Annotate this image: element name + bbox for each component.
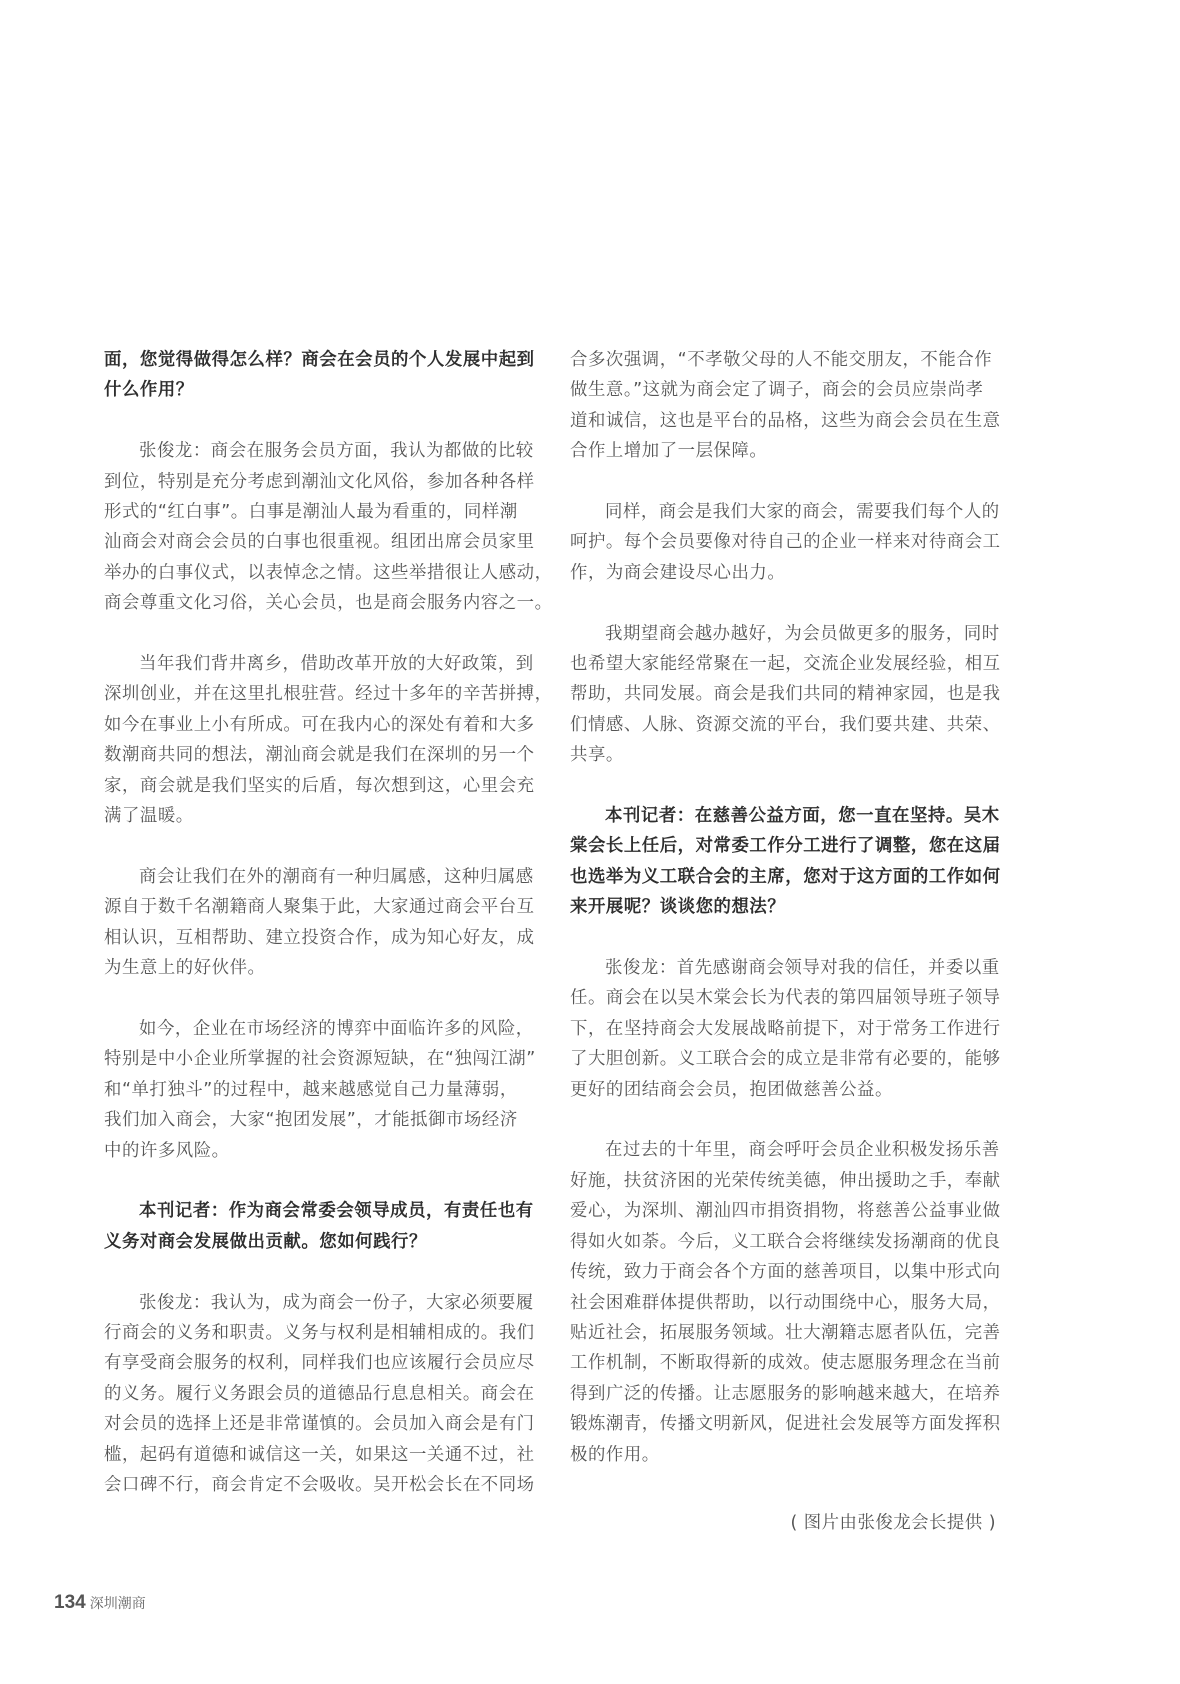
text-line: 工作机制，不断取得新的成效。使志愿服务理念在当前 (570, 1348, 996, 1378)
page-number: 134 (54, 1592, 86, 1614)
text-line: 如今在事业上小有所成。可在我内心的深处有着和大多 (104, 710, 530, 740)
text-line: 商会尊重文化习俗，关心会员，也是商会服务内容之一。 (104, 588, 530, 618)
text-line: 张俊龙：首先感谢商会领导对我的信任，并委以重 (570, 953, 996, 983)
text-line: 中的许多风险。 (104, 1136, 530, 1166)
text-line: 来开展呢？谈谈您的想法？ (570, 892, 996, 922)
text-line: 源自于数千名潮籍商人聚集于此，大家通过商会平台互 (104, 892, 530, 922)
left-column: 面，您觉得做得怎么样？商会在会员的个人发展中起到什么作用？张俊龙：商会在服务会员… (104, 345, 530, 1531)
text-line: 传统，致力于商会各个方面的慈善项目，以集中形式向 (570, 1257, 996, 1287)
text-line: 了大胆创新。义工联合会的成立是非常有必要的，能够 (570, 1044, 996, 1074)
text-line: 本刊记者：作为商会常委会领导成员，有责任也有 (104, 1196, 530, 1226)
text-line: 面，您觉得做得怎么样？商会在会员的个人发展中起到 (104, 345, 530, 375)
text-line: 任。商会在以吴木棠会长为代表的第四届领导班子领导 (570, 983, 996, 1013)
interview-answer: 商会让我们在外的潮商有一种归属感，这种归属感源自于数千名潮籍商人聚集于此，大家通… (104, 862, 530, 984)
interview-answer: 同样，商会是我们大家的商会，需要我们每个人的呵护。每个会员要像对待自己的企业一样… (570, 497, 996, 588)
interview-answer: 张俊龙：首先感谢商会领导对我的信任，并委以重任。商会在以吴木棠会长为代表的第四届… (570, 953, 996, 1105)
text-line: 合作上增加了一层保障。 (570, 436, 996, 466)
interview-answer: 当年我们背井离乡，借助改革开放的大好政策，到深圳创业，并在这里扎根驻营。经过十多… (104, 649, 530, 831)
text-line: 作，为商会建设尽心出力。 (570, 558, 996, 588)
text-line: 有享受商会服务的权利，同样我们也应该履行会员应尽 (104, 1348, 530, 1378)
text-line: 和“单打独斗”的过程中，越来越感觉自己力量薄弱， (104, 1075, 530, 1105)
text-line: 为生意上的好伙伴。 (104, 953, 530, 983)
text-line: 什么作用？ (104, 375, 530, 405)
text-line: 也选举为义工联合会的主席，您对于这方面的工作如何 (570, 862, 996, 892)
text-line: 锻炼潮青，传播文明新风，促进社会发展等方面发挥积 (570, 1409, 996, 1439)
text-line: 深圳创业，并在这里扎根驻营。经过十多年的辛苦拼搏， (104, 679, 530, 709)
text-line: 贴近社会，拓展服务领域。壮大潮籍志愿者队伍，完善 (570, 1318, 996, 1348)
text-line: 下，在坚持商会大发展战略前提下，对于常务工作进行 (570, 1014, 996, 1044)
text-line: 家，商会就是我们坚实的后盾，每次想到这，心里会充 (104, 771, 530, 801)
text-line: 如今，企业在市场经济的博弈中面临许多的风险， (104, 1014, 530, 1044)
text-line: 举办的白事仪式，以表悼念之情。这些举措很让人感动， (104, 558, 530, 588)
text-line: 张俊龙：商会在服务会员方面，我认为都做的比较 (104, 436, 530, 466)
text-line: 做生意。”这就为商会定了调子，商会的会员应崇尚孝 (570, 375, 996, 405)
text-line: 社会困难群体提供帮助，以行动围绕中心，服务大局， (570, 1288, 996, 1318)
text-line: 本刊记者：在慈善公益方面，您一直在坚持。吴木 (570, 801, 996, 831)
interview-question: 本刊记者：在慈善公益方面，您一直在坚持。吴木棠会长上任后，对常委工作分工进行了调… (570, 801, 996, 923)
text-line: 我期望商会越办越好，为会员做更多的服务，同时 (570, 619, 996, 649)
text-line: 得到广泛的传播。让志愿服务的影响越来越大，在培养 (570, 1379, 996, 1409)
text-line: 行商会的义务和职责。义务与权利是相辅相成的。我们 (104, 1318, 530, 1348)
text-line: 棠会长上任后，对常委工作分工进行了调整，您在这届 (570, 831, 996, 861)
text-line: 好施，扶贫济困的光荣传统美德，伸出援助之手，奉献 (570, 1166, 996, 1196)
photo-credit: ( 图片由张俊龙会长提供 ) (570, 1508, 996, 1538)
interview-answer: 在过去的十年里，商会呼吁会员企业积极发扬乐善好施，扶贫济困的光荣传统美德，伸出援… (570, 1135, 996, 1469)
interview-answer: 合多次强调，“不孝敬父母的人不能交朋友，不能合作做生意。”这就为商会定了调子，商… (570, 345, 996, 467)
text-line: 们情感、人脉、资源交流的平台，我们要共建、共荣、 (570, 710, 996, 740)
text-line: 对会员的选择上还是非常谨慎的。会员加入商会是有门 (104, 1409, 530, 1439)
text-line: 形式的“红白事”。白事是潮汕人最为看重的，同样潮 (104, 497, 530, 527)
text-line: 在过去的十年里，商会呼吁会员企业积极发扬乐善 (570, 1135, 996, 1165)
interview-question: 面，您觉得做得怎么样？商会在会员的个人发展中起到什么作用？ (104, 345, 530, 406)
text-line: 道和诚信，这也是平台的品格，这些为商会会员在生意 (570, 406, 996, 436)
text-line: 到位，特别是充分考虑到潮汕文化风俗，参加各种各样 (104, 467, 530, 497)
interview-answer: 张俊龙：我认为，成为商会一份子，大家必须要履行商会的义务和职责。义务与权利是相辅… (104, 1288, 530, 1501)
text-line: 当年我们背井离乡，借助改革开放的大好政策，到 (104, 649, 530, 679)
interview-answer: 张俊龙：商会在服务会员方面，我认为都做的比较到位，特别是充分考虑到潮汕文化风俗，… (104, 436, 530, 618)
right-column: 合多次强调，“不孝敬父母的人不能交朋友，不能合作做生意。”这就为商会定了调子，商… (570, 345, 996, 1500)
text-line: 商会让我们在外的潮商有一种归属感，这种归属感 (104, 862, 530, 892)
text-line: 也希望大家能经常聚在一起，交流企业发展经验，相互 (570, 649, 996, 679)
text-line: 同样，商会是我们大家的商会，需要我们每个人的 (570, 497, 996, 527)
text-line: 极的作用。 (570, 1440, 996, 1470)
text-line: 爱心，为深圳、潮汕四市捐资捐物，将慈善公益事业做 (570, 1196, 996, 1226)
interview-answer: 我期望商会越办越好，为会员做更多的服务，同时也希望大家能经常聚在一起，交流企业发… (570, 619, 996, 771)
text-line: 得如火如荼。今后，义工联合会将继续发扬潮商的优良 (570, 1227, 996, 1257)
text-line: 呵护。每个会员要像对待自己的企业一样来对待商会工 (570, 527, 996, 557)
page-footer: 134 深圳潮商 (54, 1592, 146, 1614)
text-line: 特别是中小企业所掌握的社会资源短缺，在“独闯江湖” (104, 1044, 530, 1074)
text-line: 数潮商共同的想法，潮汕商会就是我们在深圳的另一个 (104, 740, 530, 770)
text-line: 义务对商会发展做出贡献。您如何践行？ (104, 1227, 530, 1257)
text-line: 我们加入商会，大家“抱团发展”，才能抵御市场经济 (104, 1105, 530, 1135)
text-line: 槛，起码有道德和诚信这一关，如果这一关通不过，社 (104, 1440, 530, 1470)
interview-answer: 如今，企业在市场经济的博弈中面临许多的风险，特别是中小企业所掌握的社会资源短缺，… (104, 1014, 530, 1166)
text-line: 满了温暖。 (104, 801, 530, 831)
text-line: 相认识，互相帮助、建立投资合作，成为知心好友，成 (104, 923, 530, 953)
text-line: 帮助，共同发展。商会是我们共同的精神家园，也是我 (570, 679, 996, 709)
text-line: 合多次强调，“不孝敬父母的人不能交朋友，不能合作 (570, 345, 996, 375)
interview-question: 本刊记者：作为商会常委会领导成员，有责任也有义务对商会发展做出贡献。您如何践行？ (104, 1196, 530, 1257)
magazine-name: 深圳潮商 (90, 1593, 146, 1613)
text-line: 更好的团结商会会员，抱团做慈善公益。 (570, 1075, 996, 1105)
text-line: 会口碑不行，商会肯定不会吸收。吴开松会长在不同场 (104, 1470, 530, 1500)
text-line: 的义务。履行义务跟会员的道德品行息息相关。商会在 (104, 1379, 530, 1409)
text-line: 张俊龙：我认为，成为商会一份子，大家必须要履 (104, 1288, 530, 1318)
text-line: 汕商会对商会会员的白事也很重视。组团出席会员家里 (104, 527, 530, 557)
text-line: 共享。 (570, 740, 996, 770)
